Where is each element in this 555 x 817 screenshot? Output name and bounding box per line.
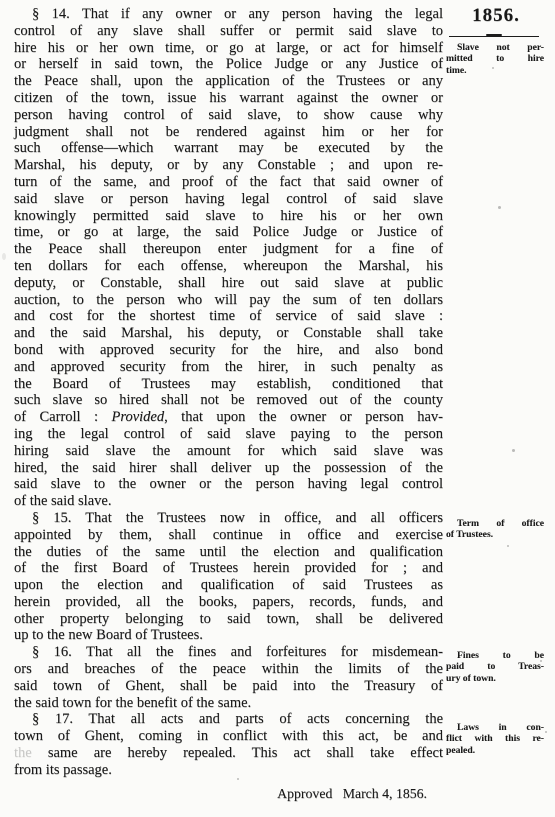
statute-text-line: such slave so hired shall not be removed… — [14, 392, 443, 409]
statute-text-line: hire his or her own time, or go at large… — [14, 40, 443, 57]
statute-text-line: and cost for the shortest time of servic… — [14, 308, 443, 325]
statute-text-line: bond with approved security for the hire… — [14, 342, 443, 359]
statute-text-line: hiring said slave the amount for which s… — [14, 443, 443, 460]
sidenote-column: 1856. Slave not per-mitted to hiretime.T… — [445, 0, 547, 817]
damaged-print-word: the — [14, 745, 32, 761]
statute-text-line: such offense—which warrant may be execut… — [14, 140, 443, 157]
margin-note: Slave not per-mitted to hiretime. — [446, 42, 544, 76]
statute-text-line: turn of the same, and proof of the fact … — [14, 174, 443, 191]
statute-text-line: § 15. That the Trustees now in office, a… — [14, 510, 443, 527]
statute-text-line: § 17. That all acts and parts of acts co… — [14, 711, 443, 728]
statute-text-line: herein provided, all the books, papers, … — [14, 594, 443, 611]
statute-text-line: appointed by them, shall continue in off… — [14, 527, 443, 544]
statute-text-line: § 16. That all the fines and forfeitures… — [14, 644, 443, 661]
statute-text-line: said slave to the owner or the person ha… — [14, 476, 443, 493]
statute-text-line: town of Ghent, coming in conflict with t… — [14, 728, 443, 745]
scan-speck — [540, 660, 542, 662]
margin-note: Term of officeof Trustees. — [446, 518, 544, 541]
scan-speck — [492, 67, 494, 69]
statute-text-line: and approved security from the hirer, in… — [14, 359, 443, 376]
statute-text-line: of the first Board of Trustees herein pr… — [14, 560, 443, 577]
margin-note-line: ury of town. — [446, 673, 544, 684]
statute-text-line: the said town for the benefit of the sam… — [14, 695, 443, 712]
statute-text-line: other property belonging to said town, s… — [14, 611, 443, 628]
statute-text-line: the Peace shall thereupon enter judgment… — [14, 241, 443, 258]
scan-speck — [507, 545, 509, 547]
statute-text-line: upon the election and qualification of s… — [14, 577, 443, 594]
margin-note-line: Fines to be — [446, 650, 544, 661]
margin-note-line: paid to Treas- — [446, 661, 544, 672]
statute-text-line: ors and breaches of the peace within the… — [14, 661, 443, 678]
statute-text-line: § 14. That if any owner or any person ha… — [14, 6, 443, 23]
scan-speck — [237, 778, 239, 780]
statute-text-column: § 14. That if any owner or any person ha… — [14, 6, 443, 779]
statute-text-line: from its passage. — [14, 762, 443, 779]
statute-text-line: hired, the said hirer shall deliver up t… — [14, 460, 443, 477]
statute-text-line: and the said Marshal, his deputy, or Con… — [14, 325, 443, 342]
margin-note: Fines to bepaid to Treas-ury of town. — [446, 650, 544, 684]
statute-text-line: ing the legal control of said slave payi… — [14, 426, 443, 443]
scan-speck — [545, 731, 547, 733]
scan-speck — [503, 521, 505, 523]
statute-text-line: deputy, or Constable, shall hire out sai… — [14, 275, 443, 292]
statute-text-line: Marshal, his deputy, or by any Constable… — [14, 157, 443, 174]
margin-note-line: Term of office — [446, 518, 544, 529]
statute-text-line: of Carroll : Provided, that upon the own… — [14, 409, 443, 426]
statute-text-line: person having control of said slave, to … — [14, 107, 443, 124]
statute-text-line: auction, to the person who will pay the … — [14, 292, 443, 309]
statute-text-line: judgment shall not be rendered against h… — [14, 124, 443, 141]
statute-text-line: said town of Ghent, shall be paid into t… — [14, 678, 443, 695]
year-header: 1856. — [445, 5, 547, 27]
margin-note-line: Laws in con- — [446, 722, 544, 733]
scan-speck — [498, 206, 501, 209]
statute-text-line: or herself in said town, the Police Judg… — [14, 56, 443, 73]
statute-text-line: time, or go at large, the said Police Ju… — [14, 224, 443, 241]
statute-text-line: said slave or person having legal contro… — [14, 191, 443, 208]
margin-note-line: mitted to hire — [446, 53, 544, 64]
scanned-statute-page: § 14. That if any owner or any person ha… — [0, 0, 555, 817]
statute-text-line: knowingly permitted said slave to hire h… — [14, 208, 443, 225]
statute-text-line: of the said slave. — [14, 493, 443, 510]
year-rule-ornament — [449, 33, 539, 37]
statute-text-line: citizen of the town, issue his warrant a… — [14, 90, 443, 107]
statute-text-line: control of any slave shall suffer or per… — [14, 23, 443, 40]
scan-speck — [512, 449, 515, 452]
statute-text-line: ten dollars for each offense, whereupon … — [14, 258, 443, 275]
margin-note-line: pealed. — [446, 745, 544, 756]
margin-note-line: Slave not per- — [446, 42, 544, 53]
margin-note-line: flict with this re- — [446, 733, 544, 744]
statute-text-line: up to the new Board of Trustees. — [14, 627, 443, 644]
scan-speck — [2, 253, 6, 260]
statute-text-line: the same are hereby repealed. This act s… — [14, 745, 443, 762]
margin-note-line: of Trustees. — [446, 529, 544, 540]
margin-note: Laws in con-flict with this re-pealed. — [446, 722, 544, 756]
statute-text-line: the Peace shall, upon the application of… — [14, 73, 443, 90]
margin-note-line: time. — [446, 65, 544, 76]
statute-text-line: the duties of the same until the electio… — [14, 544, 443, 561]
statute-text-line: the Board of Trustees may establish, con… — [14, 376, 443, 393]
approval-line: Approved March 4, 1856. — [14, 786, 427, 802]
